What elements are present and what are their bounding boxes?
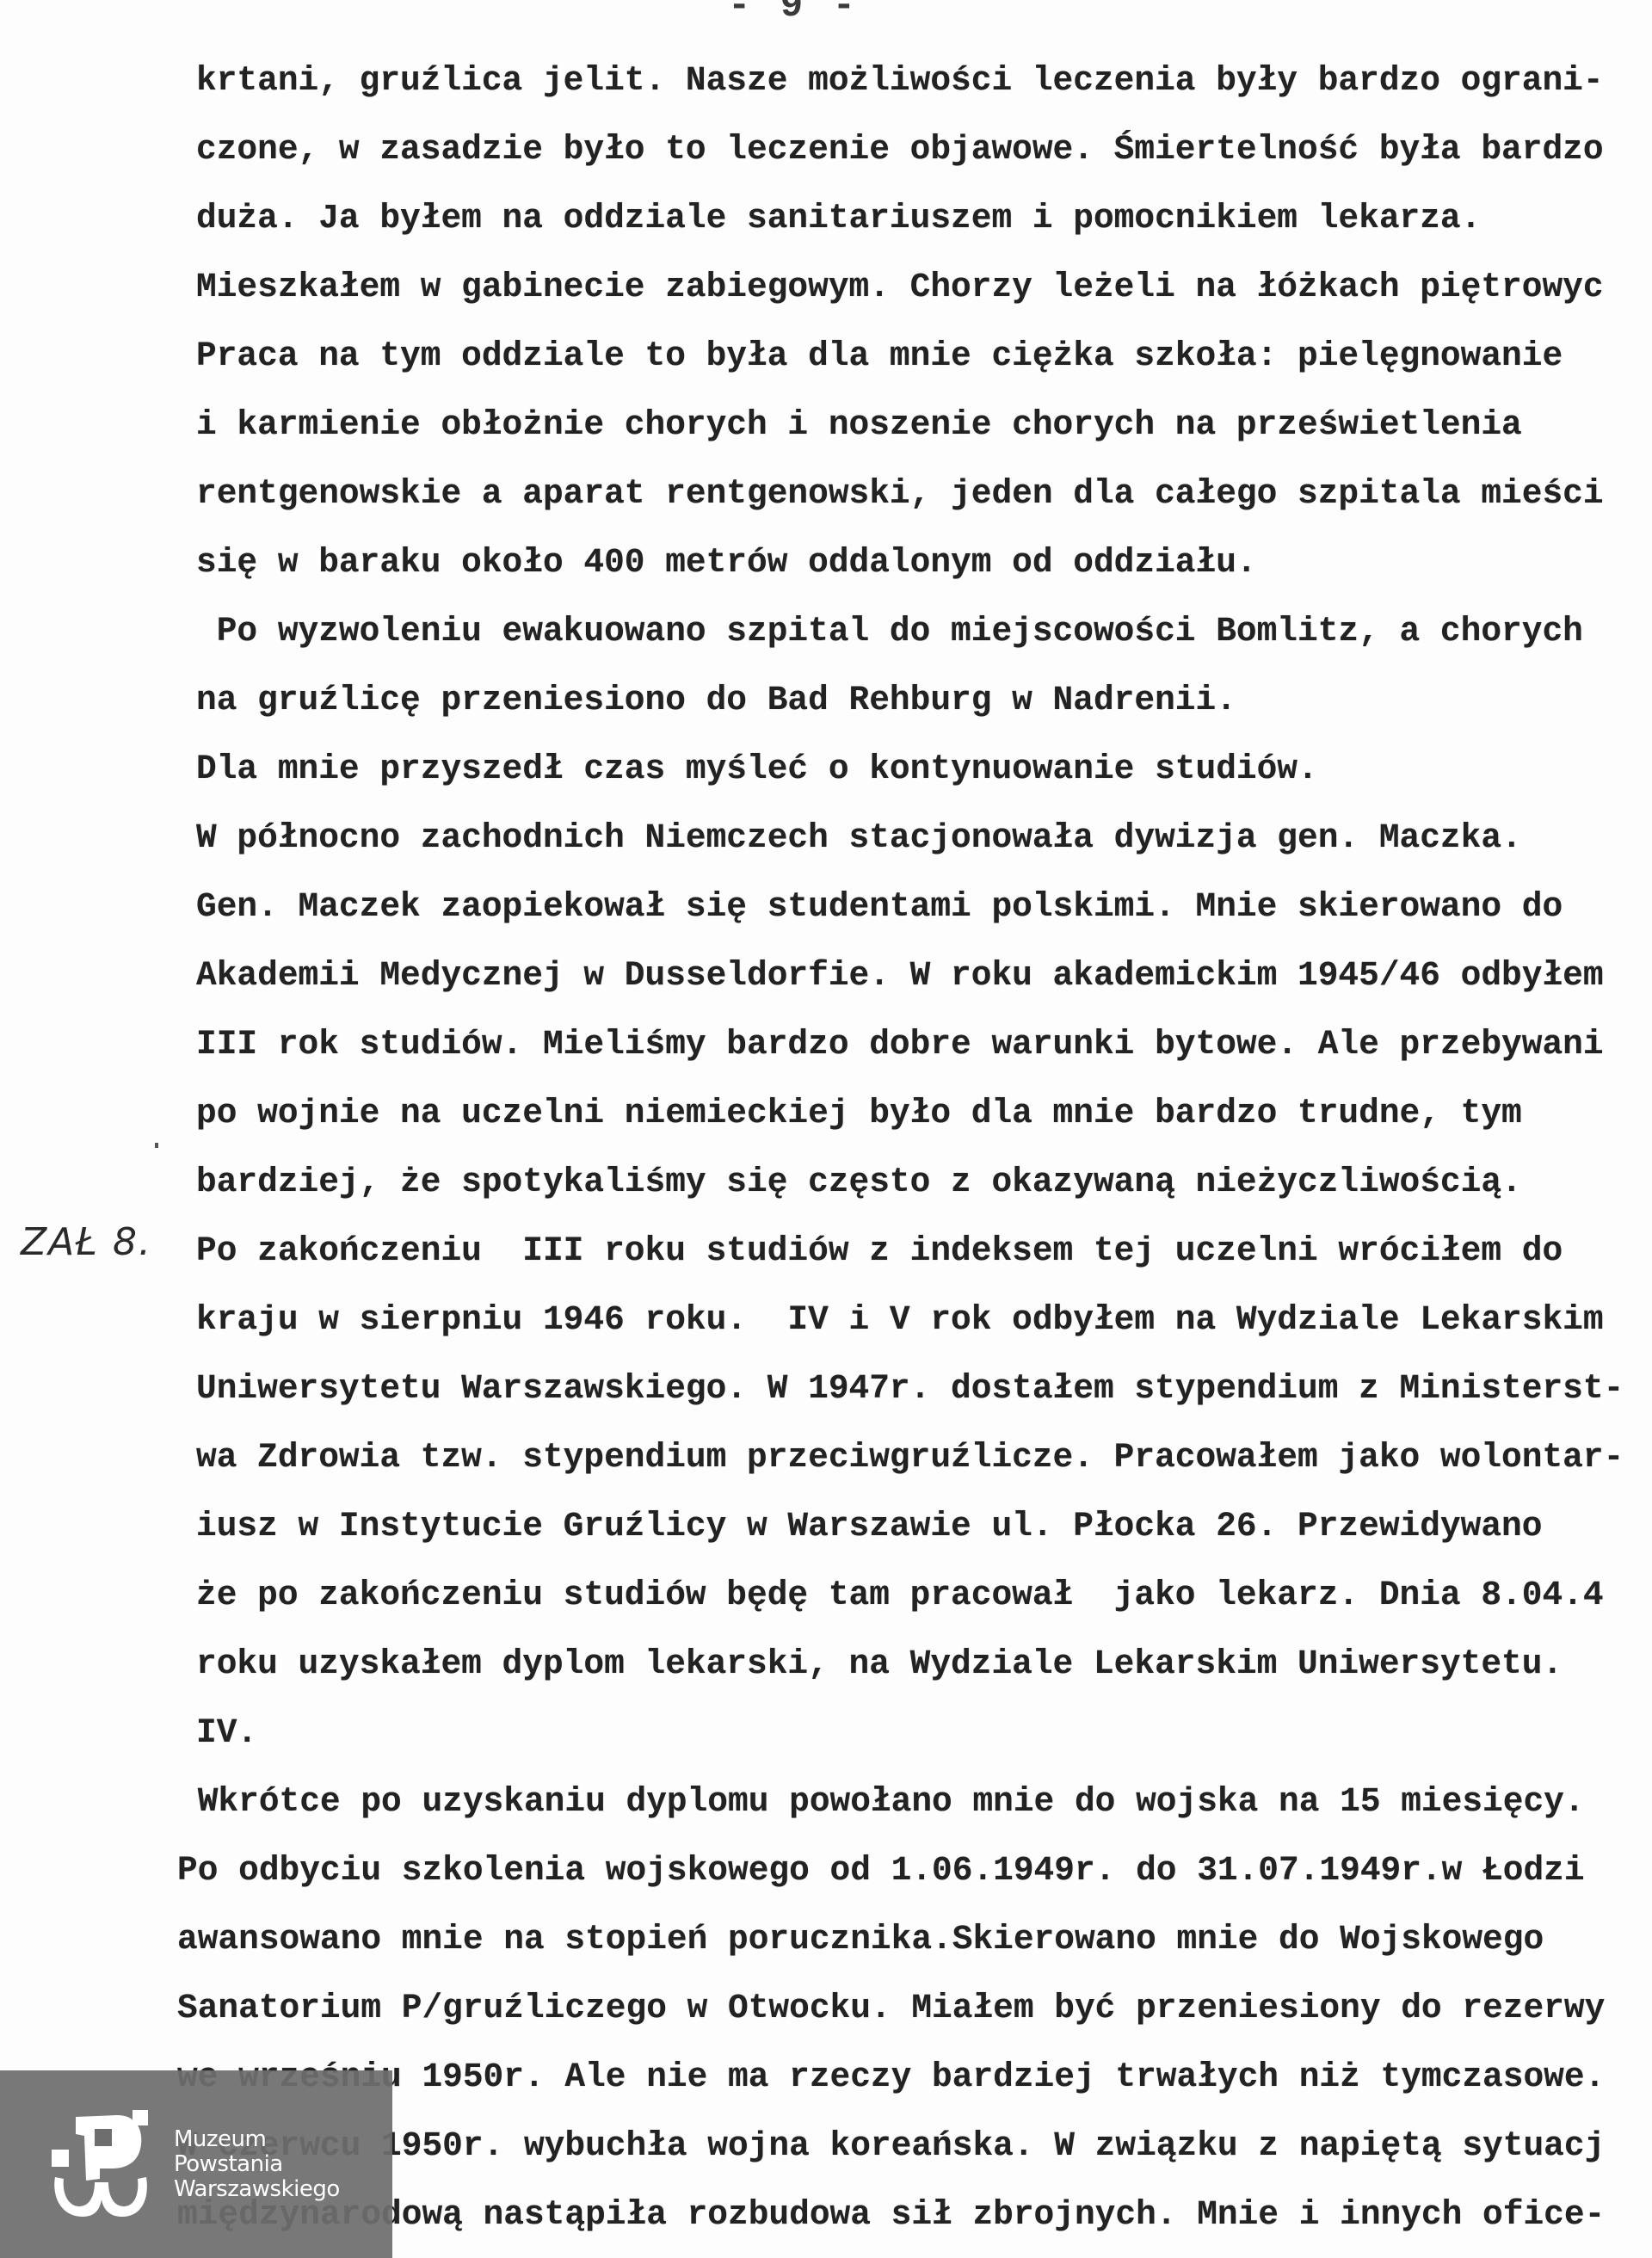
text-line: kraju w sierpniu 1946 roku. IV i V rok o… xyxy=(196,1299,1604,1341)
margin-note-annex: ZAŁ 8. xyxy=(21,1220,152,1264)
museum-name-line-1: Muzeum xyxy=(174,2127,340,2152)
text-line: III rok studiów. Mieliśmy bardzo dobre w… xyxy=(196,1024,1604,1065)
museum-name-line-2: Powstania xyxy=(174,2152,340,2177)
text-line: Po zakończeniu III roku studiów z indeks… xyxy=(196,1231,1563,1272)
text-line: Sanatorium P/gruźliczego w Otwocku. Miał… xyxy=(177,1988,1605,2029)
text-line: IV. xyxy=(196,1712,257,1754)
text-line: Uniwersytetu Warszawskiego. W 1947r. dos… xyxy=(196,1368,1624,1410)
text-line: iusz w Instytucie Gruźlicy w Warszawie u… xyxy=(196,1506,1542,1547)
text-line: Dla mnie przyszedł czas myśleć o kontynu… xyxy=(196,749,1318,790)
text-line: Po odbyciu szkolenia wojskowego od 1.06.… xyxy=(177,1850,1585,1891)
text-line: Akademii Medycznej w Dusseldorfie. W rok… xyxy=(196,955,1604,996)
text-line: roku uzyskałem dyplom lekarski, na Wydzi… xyxy=(196,1644,1563,1685)
text-line: W północno zachodnich Niemczech stacjono… xyxy=(196,817,1522,859)
page-number: - 9 - xyxy=(728,0,859,28)
text-line: się w baraku około 400 metrów oddalonym … xyxy=(196,542,1257,583)
text-line: wa Zdrowia tzw. stypendium przeciwgruźli… xyxy=(196,1437,1624,1478)
text-line: bardziej, że spotykaliśmy się często z o… xyxy=(196,1162,1522,1203)
text-line: krtani, gruźlica jelit. Nasze możliwości… xyxy=(196,60,1604,102)
text-line: rentgenowskie a aparat rentgenowski, jed… xyxy=(196,473,1604,515)
ink-speck xyxy=(155,1143,158,1148)
museum-name: Muzeum Powstania Warszawskiego xyxy=(174,2127,340,2202)
museum-name-line-3: Warszawskiego xyxy=(174,2177,340,2202)
text-line: Gen. Maczek zaopiekował się studentami p… xyxy=(196,886,1563,928)
text-line: Wkrótce po uzyskaniu dyplomu powołano mn… xyxy=(177,1781,1585,1823)
text-line: Po wyzwoleniu ewakuowano szpital do miej… xyxy=(196,611,1583,652)
text-line: duża. Ja byłem na oddziale sanitariuszem… xyxy=(196,198,1481,239)
text-line: Praca na tym oddziale to była dla mnie c… xyxy=(196,336,1563,377)
text-line: czone, w zasadzie było to leczenie objaw… xyxy=(196,129,1604,170)
text-line: po wojnie na uczelni niemieckiej było dl… xyxy=(196,1093,1522,1134)
typed-document-page: - 9 - ZAŁ 8. krtani, gruźlica jelit. Nas… xyxy=(0,0,1652,2258)
text-line: na gruźlicę przeniesiono do Bad Rehburg … xyxy=(196,680,1236,721)
kotwica-anchor-logo-icon xyxy=(50,2110,153,2222)
text-line: i karmienie obłożnie chorych i noszenie … xyxy=(196,404,1522,446)
museum-watermark-logo: Muzeum Powstania Warszawskiego xyxy=(0,2070,392,2258)
text-line: Mieszkałem w gabinecie zabiegowym. Chorz… xyxy=(196,267,1604,308)
text-line: że po zakończeniu studiów będę tam praco… xyxy=(196,1575,1604,1616)
text-line: awansowano mnie na stopień porucznika.Sk… xyxy=(177,1919,1544,1960)
